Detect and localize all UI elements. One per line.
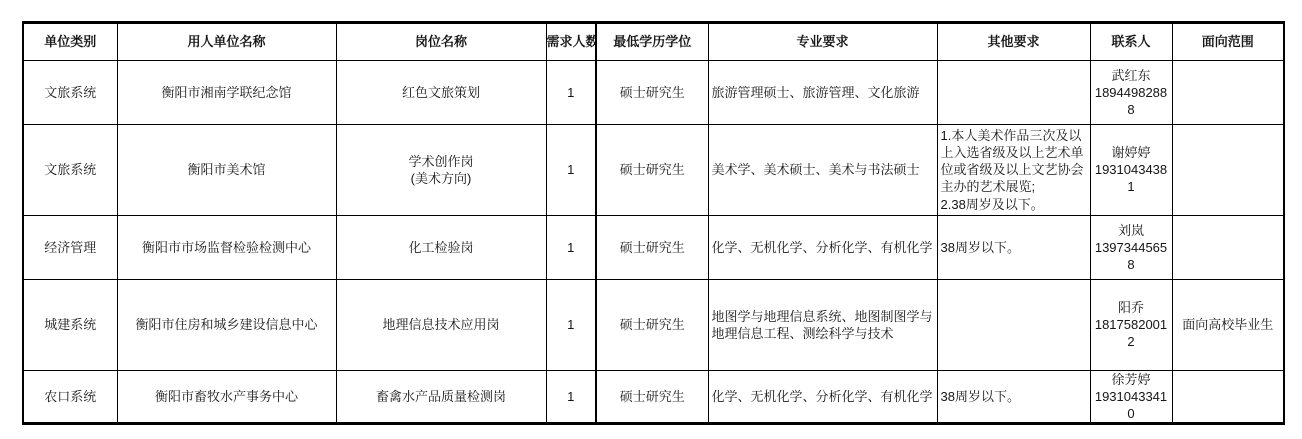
column-header-position-name: 岗位名称 xyxy=(336,23,546,61)
table-row: 城建系统 衡阳市住房和城乡建设信息中心 地理信息技术应用岗 1 硕士研究生 地图… xyxy=(23,279,1284,370)
cell-other-requirements: 1.本人美术作品三次及以上入选省级及以上艺术单位或省级及以上文艺协会主办的艺术展… xyxy=(937,125,1090,216)
cell-headcount: 1 xyxy=(546,279,596,370)
table-row: 文旅系统 衡阳市美术馆 学术创作岗 (美术方向) 1 硕士研究生 美术学、美术硕… xyxy=(23,125,1284,216)
cell-min-degree: 硕士研究生 xyxy=(596,279,708,370)
positions-table: 单位类别 用人单位名称 岗位名称 需求人数 最低学历学位 专业要求 其他要求 联… xyxy=(22,21,1285,425)
cell-employer-name: 衡阳市湘南学联纪念馆 xyxy=(117,61,336,125)
recruitment-positions-table: 单位类别 用人单位名称 岗位名称 需求人数 最低学历学位 专业要求 其他要求 联… xyxy=(22,21,1285,425)
column-header-unit-category: 单位类别 xyxy=(23,23,117,61)
cell-min-degree: 硕士研究生 xyxy=(596,125,708,216)
cell-unit-category: 经济管理 xyxy=(23,215,117,279)
cell-contact: 阳乔 18175820012 xyxy=(1090,279,1172,370)
cell-headcount: 1 xyxy=(546,125,596,216)
column-header-major-requirements: 专业要求 xyxy=(708,23,937,61)
cell-contact: 谢婷婷 19310434381 xyxy=(1090,125,1172,216)
cell-employer-name: 衡阳市畜牧水产事务中心 xyxy=(117,370,336,423)
cell-target-scope: 面向高校毕业生 xyxy=(1172,279,1284,370)
cell-other-requirements xyxy=(937,279,1090,370)
cell-position-name: 红色文旅策划 xyxy=(336,61,546,125)
cell-major-requirements: 化学、无机化学、分析化学、有机化学 xyxy=(708,215,937,279)
cell-min-degree: 硕士研究生 xyxy=(596,215,708,279)
cell-other-requirements xyxy=(937,61,1090,125)
table-row: 经济管理 衡阳市市场监督检验检测中心 化工检验岗 1 硕士研究生 化学、无机化学… xyxy=(23,215,1284,279)
cell-major-requirements: 化学、无机化学、分析化学、有机化学 xyxy=(708,370,937,423)
cell-min-degree: 硕士研究生 xyxy=(596,370,708,423)
column-header-contact: 联系人 xyxy=(1090,23,1172,61)
cell-major-requirements: 地图学与地理信息系统、地图制图学与地理信息工程、测绘科学与技术 xyxy=(708,279,937,370)
cell-other-requirements: 38周岁以下。 xyxy=(937,370,1090,423)
cell-unit-category: 农口系统 xyxy=(23,370,117,423)
cell-unit-category: 文旅系统 xyxy=(23,125,117,216)
cell-target-scope xyxy=(1172,61,1284,125)
cell-target-scope xyxy=(1172,370,1284,423)
cell-min-degree: 硕士研究生 xyxy=(596,61,708,125)
cell-contact: 刘岚 13973445658 xyxy=(1090,215,1172,279)
cell-headcount: 1 xyxy=(546,215,596,279)
cell-position-name: 学术创作岗 (美术方向) xyxy=(336,125,546,216)
cell-target-scope xyxy=(1172,125,1284,216)
header-row: 单位类别 用人单位名称 岗位名称 需求人数 最低学历学位 专业要求 其他要求 联… xyxy=(23,23,1284,61)
column-header-headcount: 需求人数 xyxy=(546,23,596,61)
cell-contact: 武红东 18944982888 xyxy=(1090,61,1172,125)
cell-position-name: 地理信息技术应用岗 xyxy=(336,279,546,370)
column-header-target-scope: 面向范围 xyxy=(1172,23,1284,61)
cell-major-requirements: 旅游管理硕士、旅游管理、文化旅游 xyxy=(708,61,937,125)
table-row: 农口系统 衡阳市畜牧水产事务中心 畜禽水产品质量检测岗 1 硕士研究生 化学、无… xyxy=(23,370,1284,423)
cell-major-requirements: 美术学、美术硕士、美术与书法硕士 xyxy=(708,125,937,216)
table-row: 文旅系统 衡阳市湘南学联纪念馆 红色文旅策划 1 硕士研究生 旅游管理硕士、旅游… xyxy=(23,61,1284,125)
cell-other-requirements: 38周岁以下。 xyxy=(937,215,1090,279)
cell-unit-category: 文旅系统 xyxy=(23,61,117,125)
column-header-min-degree: 最低学历学位 xyxy=(596,23,708,61)
cell-position-name: 畜禽水产品质量检测岗 xyxy=(336,370,546,423)
cell-headcount: 1 xyxy=(546,370,596,423)
cell-employer-name: 衡阳市住房和城乡建设信息中心 xyxy=(117,279,336,370)
cell-target-scope xyxy=(1172,215,1284,279)
cell-position-name: 化工检验岗 xyxy=(336,215,546,279)
column-header-other-requirements: 其他要求 xyxy=(937,23,1090,61)
column-header-employer-name: 用人单位名称 xyxy=(117,23,336,61)
cell-unit-category: 城建系统 xyxy=(23,279,117,370)
cell-headcount: 1 xyxy=(546,61,596,125)
cell-contact: 徐芳婷 19310433410 xyxy=(1090,370,1172,423)
cell-employer-name: 衡阳市美术馆 xyxy=(117,125,336,216)
cell-employer-name: 衡阳市市场监督检验检测中心 xyxy=(117,215,336,279)
